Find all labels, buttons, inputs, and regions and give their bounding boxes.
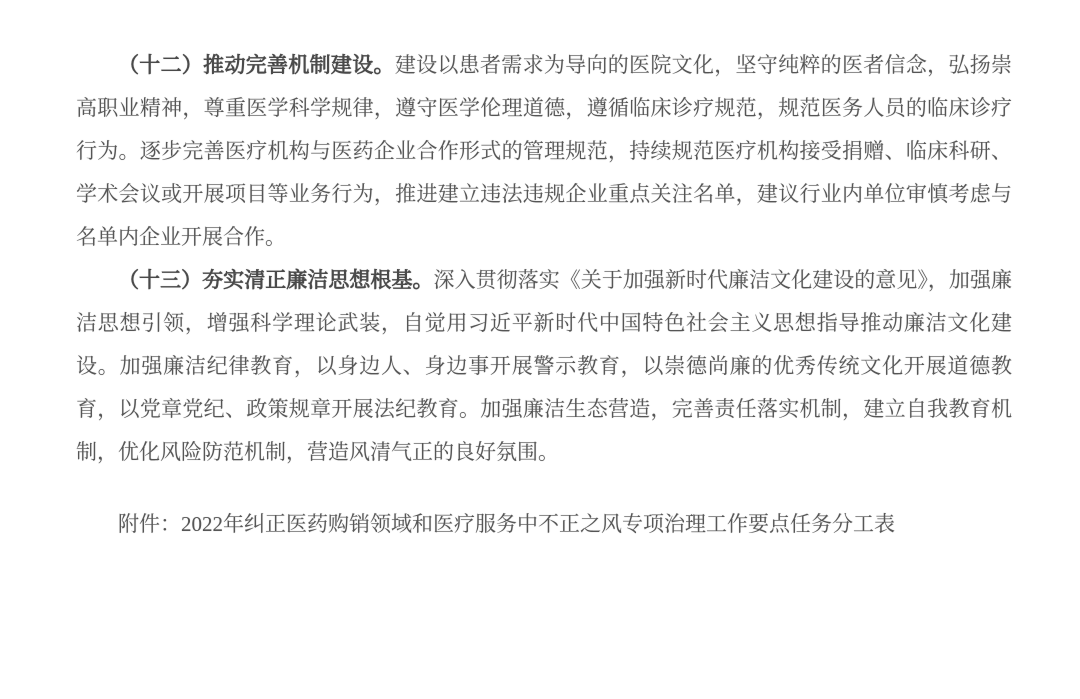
paragraph-13-lead: （十三）夯实清正廉洁思想根基。 (118, 268, 434, 292)
paragraph-12-body: 建设以患者需求为导向的医院文化，坚守纯粹的医者信念，弘扬崇高职业精神，尊重医学科… (76, 53, 1012, 249)
paragraph-13-body: 深入贯彻落实《关于加强新时代廉洁文化建设的意见》，加强廉洁思想引领，增强科学理论… (76, 268, 1012, 464)
paragraph-12-lead: （十二）推动完善机制建设。 (118, 53, 395, 77)
paragraph-13: （十三）夯实清正廉洁思想根基。深入贯彻落实《关于加强新时代廉洁文化建设的意见》，… (76, 259, 1012, 474)
attachment-line: 附件：2022年纠正医药购销领域和医疗服务中不正之风专项治理工作要点任务分工表 (76, 503, 1012, 546)
paragraph-12: （十二）推动完善机制建设。建设以患者需求为导向的医院文化，坚守纯粹的医者信念，弘… (76, 44, 1012, 259)
document-page: （十二）推动完善机制建设。建设以患者需求为导向的医院文化，坚守纯粹的医者信念，弘… (0, 0, 1080, 699)
